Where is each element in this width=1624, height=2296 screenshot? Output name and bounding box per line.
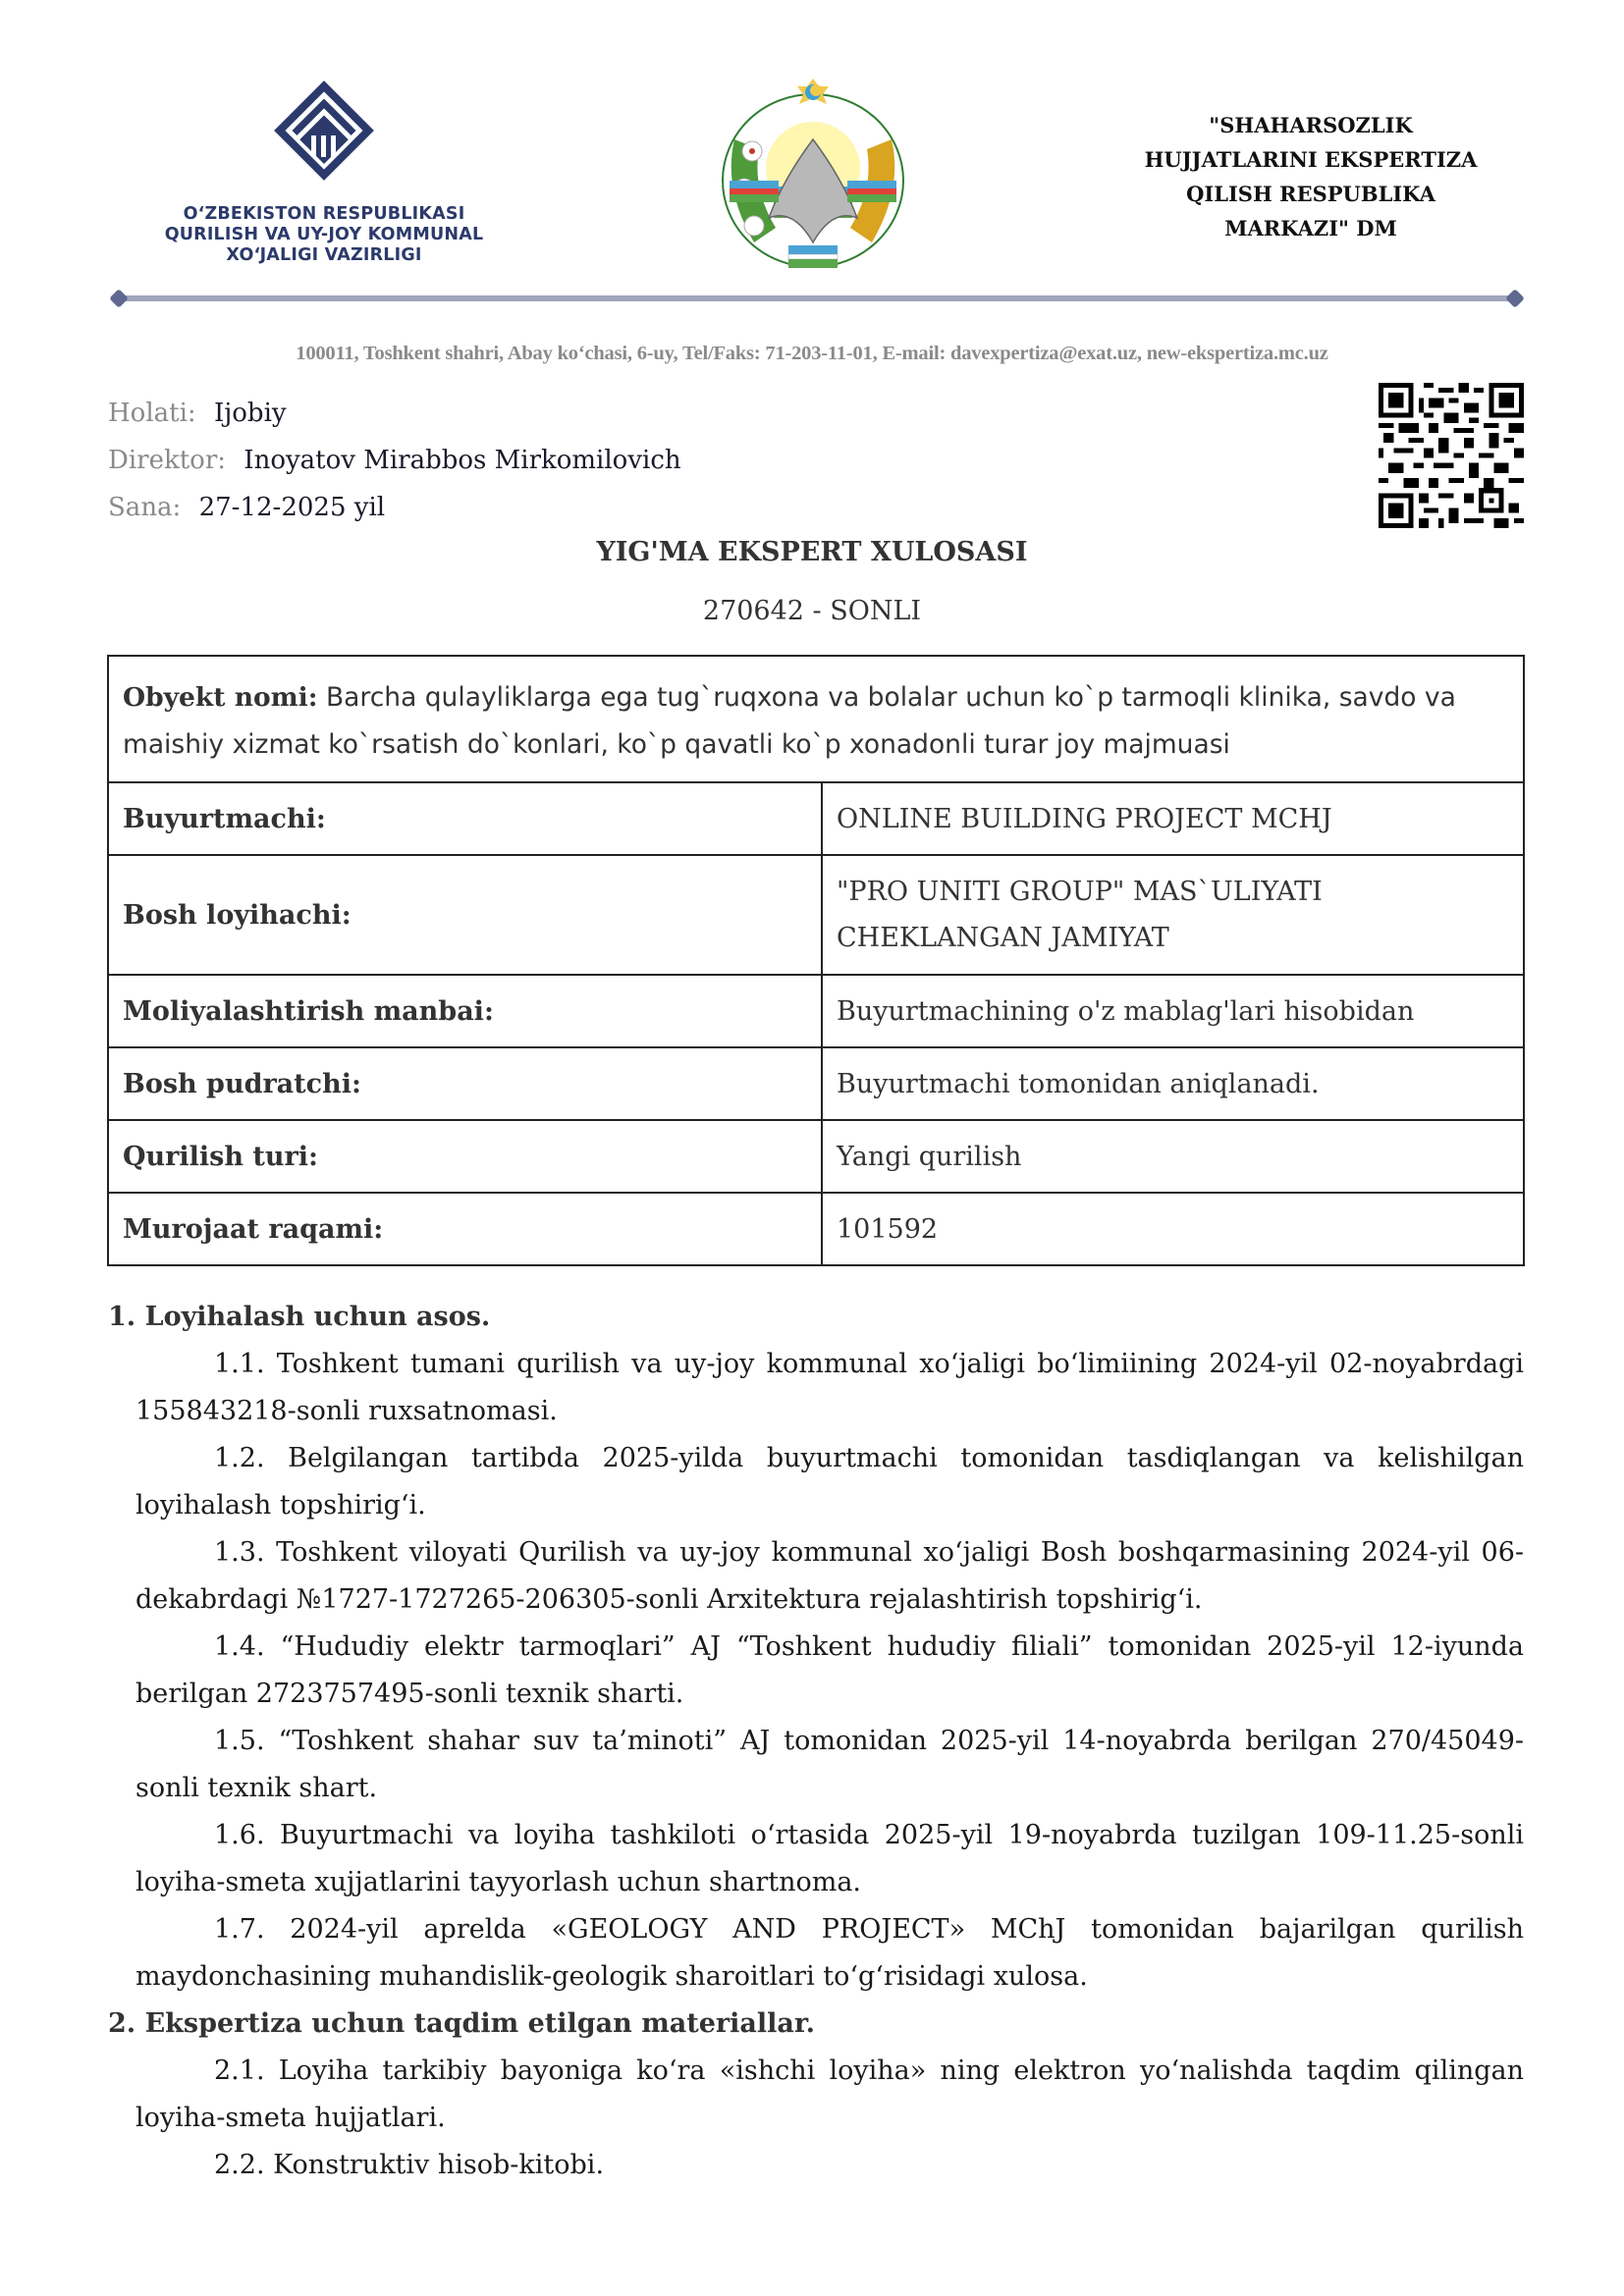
row-value: ONLINE BUILDING PROJECT MCHJ (822, 782, 1524, 855)
status-label: Holati: (108, 399, 196, 428)
table-row: Bosh loyihachi: "PRO UNITI GROUP" MAS`UL… (108, 855, 1524, 975)
list-item: 1.1. Toshkent tumani qurilish va uy-joy … (108, 1341, 1524, 1435)
expertise-center-name: "SHAHARSOZLIK HUJJATLARINI EKSPERTIZA QI… (1100, 108, 1522, 245)
project-info-table: Obyekt nomi: Barcha qulayliklarga ega tu… (107, 655, 1525, 1266)
director-label: Direktor: (108, 446, 226, 475)
row-value: Buyurtmachi tomonidan aniqlanadi. (822, 1047, 1524, 1120)
list-item: 1.2. Belgilangan tartibda 2025-yilda buy… (108, 1435, 1524, 1529)
list-item: 1.5. “Toshkent shahar suv ta’minoti” AJ … (108, 1718, 1524, 1812)
row-label: Murojaat raqami: (108, 1193, 822, 1265)
object-row: Obyekt nomi: Barcha qulayliklarga ega tu… (108, 656, 1524, 782)
header-divider (110, 292, 1524, 303)
object-cell: Obyekt nomi: Barcha qulayliklarga ega tu… (108, 656, 1524, 782)
row-value: Buyurtmachining o'z mablag'lari hisobida… (822, 975, 1524, 1047)
row-value: Yangi qurilish (822, 1120, 1524, 1193)
list-item: 1.6. Buyurtmachi va loyiha tashkiloti o‘… (108, 1812, 1524, 1906)
row-label: Bosh loyihachi: (108, 855, 822, 975)
divider-dot-icon (1505, 289, 1525, 308)
qr-code-icon (1379, 383, 1524, 528)
divider-line (118, 295, 1516, 301)
list-item: 2.1. Loyiha tarkibiy bayoniga ko‘ra «ish… (108, 2048, 1524, 2142)
table-row: Buyurtmachi: ONLINE BUILDING PROJECT MCH… (108, 782, 1524, 855)
table-row: Murojaat raqami: 101592 (108, 1193, 1524, 1265)
row-label: Buyurtmachi: (108, 782, 822, 855)
object-value: Barcha qulayliklarga ega tug`ruqxona va … (123, 682, 1456, 760)
object-label: Obyekt nomi: (123, 682, 318, 713)
divider-dot-icon (109, 289, 129, 308)
list-item: 1.4. “Hududiy elektr tarmoqlari” AJ “Tos… (108, 1624, 1524, 1718)
director-value: Inoyatov Mirabbos Mirkomilovich (244, 446, 680, 475)
document-meta: Holati: Ijobiy Direktor: Inoyatov Mirabb… (108, 390, 681, 531)
table-row: Qurilish turi: Yangi qurilish (108, 1120, 1524, 1193)
document-body: 1. Loyihalash uchun asos. 1.1. Toshkent … (108, 1294, 1524, 2189)
list-item: 2.2. Konstruktiv hisob-kitobi. (108, 2142, 1524, 2189)
row-label: Qurilish turi: (108, 1120, 822, 1193)
document-title: YIG'MA EKSPERT XULOSASI (0, 537, 1624, 567)
row-value: 101592 (822, 1193, 1524, 1265)
table-row: Moliyalashtirish manbai: Buyurtmachining… (108, 975, 1524, 1047)
row-label: Moliyalashtirish manbai: (108, 975, 822, 1047)
section-heading: 1. Loyihalash uchun asos. (108, 1294, 1524, 1341)
status-row: Holati: Ijobiy (108, 390, 681, 437)
table-row: Bosh pudratchi: Buyurtmachi tomonidan an… (108, 1047, 1524, 1120)
state-emblem-icon (715, 71, 911, 272)
list-item: 1.3. Toshkent viloyati Qurilish va uy-jo… (108, 1529, 1524, 1624)
date-label: Sana: (108, 493, 181, 522)
ministry-block: O‘ZBEKISTON RESPUBLIKASI QURILISH VA UY-… (157, 77, 491, 266)
ministry-name: O‘ZBEKISTON RESPUBLIKASI QURILISH VA UY-… (157, 204, 491, 266)
document-number: 270642 - SONLI (0, 596, 1624, 626)
director-row: Direktor: Inoyatov Mirabbos Mirkomilovic… (108, 437, 681, 484)
ministry-logo-icon (270, 77, 378, 185)
document-header: O‘ZBEKISTON RESPUBLIKASI QURILISH VA UY-… (0, 0, 1624, 324)
status-value: Ijobiy (214, 399, 287, 428)
list-item: 1.7. 2024-yil aprelda «GEOLOGY AND PROJE… (108, 1906, 1524, 2001)
row-label: Bosh pudratchi: (108, 1047, 822, 1120)
row-value: "PRO UNITI GROUP" MAS`ULIYATI CHEKLANGAN… (822, 855, 1524, 975)
contact-info: 100011, Toshkent shahri, Abay ko‘chasi, … (0, 343, 1624, 365)
date-value: 27-12-2025 yil (199, 493, 386, 522)
date-row: Sana: 27-12-2025 yil (108, 484, 681, 531)
section-heading: 2. Ekspertiza uchun taqdim etilgan mater… (108, 2001, 1524, 2048)
